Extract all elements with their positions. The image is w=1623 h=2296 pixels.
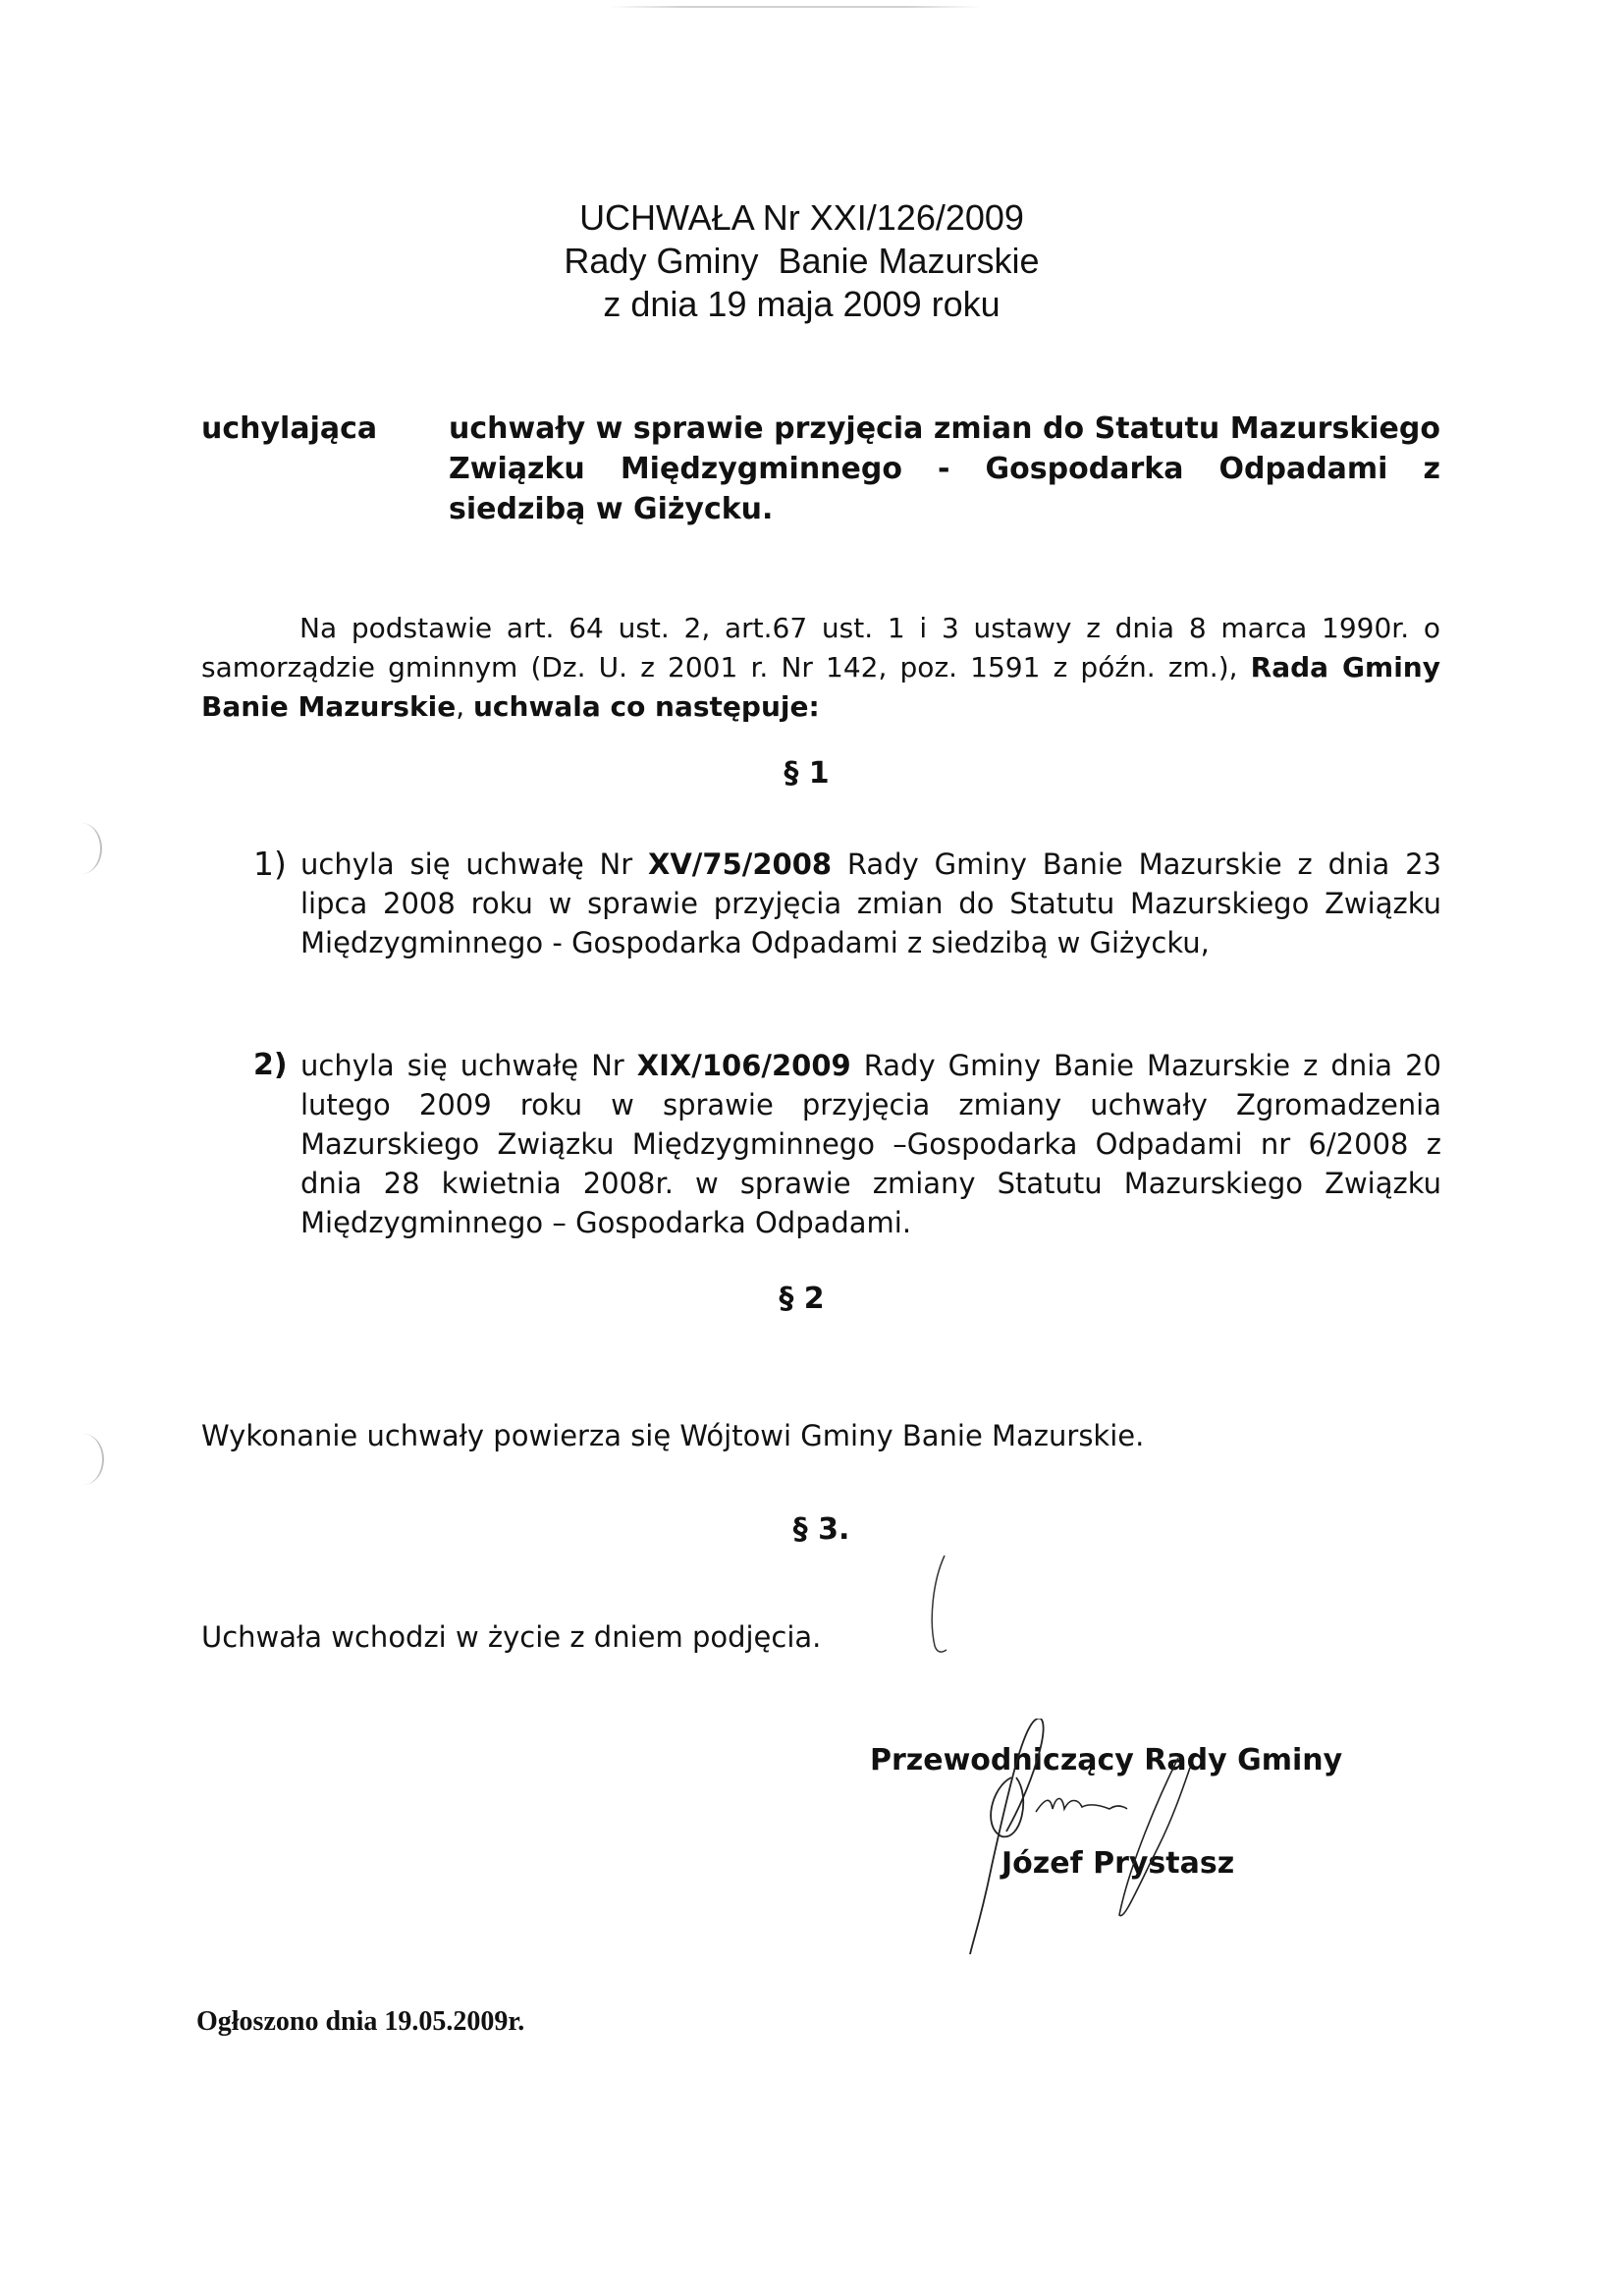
subject-text: uchwały w sprawie przyjęcia zmian do Sta… [449, 409, 1440, 529]
handwritten-mark [923, 1552, 962, 1660]
issuing-council: Rady Gminy Banie Mazurskie [0, 240, 1613, 283]
document-header: UCHWAŁA Nr XXI/126/2009 Rady Gminy Banie… [0, 196, 1613, 326]
section-3-mark: § 3. [10, 1512, 1623, 1547]
item-number: 2) [253, 1046, 288, 1085]
announcement-date: Ogłoszono dnia 19.05.2009r. [196, 2006, 524, 2038]
resolution-title: UCHWAŁA Nr XXI/126/2009 [0, 196, 1613, 240]
item-text: uchyla się uchwałę Nr XIX/106/2009 Rady … [300, 1046, 1441, 1242]
section-1-mark: § 1 [0, 756, 1618, 791]
resolution-reference: XV/75/2008 [648, 847, 832, 881]
punch-hole-mark [63, 1434, 104, 1485]
resolution-reference: XIX/106/2009 [637, 1049, 851, 1082]
item-text: uchyla się uchwałę Nr XV/75/2008 Rady Gm… [300, 845, 1441, 962]
punch-hole-mark [61, 823, 102, 874]
scan-artifact-line [609, 6, 982, 8]
subject-lead: uchylająca [201, 409, 447, 449]
list-item: 1) uchyla się uchwałę Nr XV/75/2008 Rady… [253, 845, 1441, 962]
resolves-phrase: uchwala co następuje: [473, 690, 820, 723]
section-2-mark: § 2 [0, 1282, 1613, 1316]
resolution-subject: uchylająca uchwały w sprawie przyjęcia z… [201, 409, 1440, 529]
item-number: 1) [253, 845, 287, 884]
section-2-text: Wykonanie uchwały powierza się Wójtowi G… [201, 1416, 1144, 1455]
legal-basis: Na podstawie art. 64 ust. 2, art.67 ust.… [201, 609, 1440, 727]
list-item: 2) uchyla się uchwałę Nr XIX/106/2009 Ra… [253, 1046, 1441, 1242]
handwritten-signature-icon [962, 1719, 1296, 1954]
resolution-date: z dnia 19 maja 2009 roku [0, 283, 1613, 326]
section-3-text: Uchwała wchodzi w życie z dniem podjęcia… [201, 1617, 821, 1657]
